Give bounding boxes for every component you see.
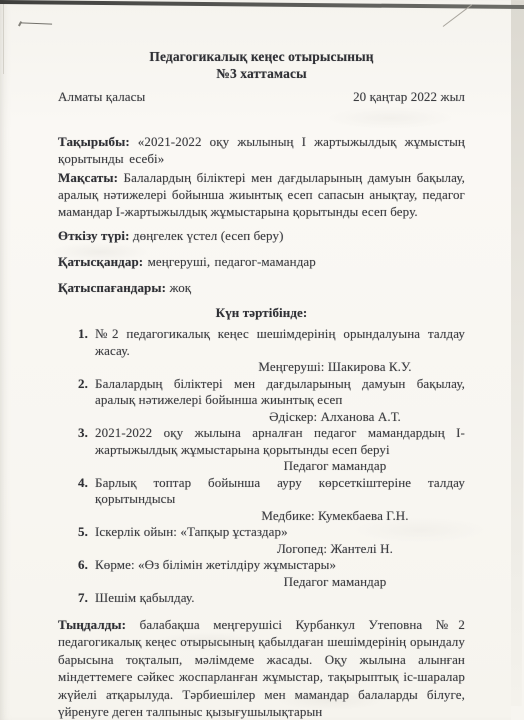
agenda-item-text: 2021-2022 оқу жылына арналған педагог ма… xyxy=(95,425,465,458)
agenda-list: 1. №2 педагогикалық кеңес шешімдерінің о… xyxy=(58,326,465,607)
doc-title-line2: №3 хаттамасы xyxy=(58,65,465,82)
section-format-label: Өткізу түрі: xyxy=(58,228,130,243)
city-date-row: Алматы қаласы 20 қаңтар 2022 жыл xyxy=(58,88,465,105)
section-goal-text: Балалардың біліктері мен дағдыларының да… xyxy=(58,170,465,219)
agenda-item: 4. Барлық топтар бойынша ауру көрсеткішт… xyxy=(78,475,465,525)
city-label: Алматы қаласы xyxy=(58,88,145,105)
agenda-item-text: Балалардың біліктері мен дағдыларының да… xyxy=(95,376,465,409)
section-goal: Мақсаты: Балалардың біліктері мен дағдыл… xyxy=(58,169,465,220)
agenda-item-responsible: Әдіскер: Алханова А.Т. xyxy=(95,409,465,426)
agenda-item-responsible: Медбике: Кумекбаева Г.Н. xyxy=(95,508,465,525)
agenda-item-responsible: Меңгеруші: Шакирова К.У. xyxy=(95,359,465,376)
scanned-protocol-page: Педагогикалық кеңес отырысының №3 хаттам… xyxy=(0,0,524,720)
section-heard: Тыңдалды: балабақша меңгерушісі Курбанку… xyxy=(58,616,465,720)
section-attendees-label: Қатысқандар: xyxy=(58,254,143,269)
section-format: Өткізу түрі: дөңгелек үстел (есеп беру) xyxy=(58,227,465,244)
agenda-item-responsible: Логопед: Жантелі Н. xyxy=(95,541,465,558)
section-topic: Тақырыбы: «2021-2022 оқу жылының І жарты… xyxy=(58,133,465,167)
section-attendees-text: меңгеруші, педагог-мамандар xyxy=(148,254,316,269)
agenda-item-number: 7. xyxy=(78,590,95,607)
agenda-item-number: 4. xyxy=(78,475,95,525)
doc-title-line1: Педагогикалық кеңес отырысының xyxy=(58,48,465,65)
agenda-item: 3. 2021-2022 оқу жылына арналған педагог… xyxy=(78,425,465,475)
agenda-item: 2. Балалардың біліктері мен дағдыларының… xyxy=(78,376,465,426)
protocol-document: Педагогикалық кеңес отырысының №3 хаттам… xyxy=(58,48,465,720)
agenda-item: 1. №2 педагогикалық кеңес шешімдерінің о… xyxy=(78,326,465,376)
agenda-item: 7. Шешім қабылдау. xyxy=(78,590,465,607)
section-topic-label: Тақырыбы: xyxy=(58,134,130,149)
agenda-item-number: 3. xyxy=(78,425,95,475)
agenda-item-number: 1. xyxy=(78,326,95,376)
doc-title: Педагогикалық кеңес отырысының №3 хаттам… xyxy=(58,48,465,82)
section-absent-text: жоқ xyxy=(169,280,191,295)
agenda-item-text: Көрме: «Өз білімін жетілдіру жұмыстары» xyxy=(95,557,465,574)
agenda-heading: Күн тәртібінде: xyxy=(58,304,465,321)
agenda-item-responsible: Педагог мамандар xyxy=(95,574,465,591)
date-label: 20 қаңтар 2022 жыл xyxy=(353,88,465,105)
agenda-item-text: Іскерлік ойын: «Тапқыр ұстаздар» xyxy=(95,524,465,541)
agenda-item-responsible: Педагог мамандар xyxy=(95,458,465,475)
agenda-item-text: №2 педагогикалық кеңес шешімдерінің орын… xyxy=(95,326,465,359)
agenda-item-number: 5. xyxy=(78,524,95,557)
agenda-item: 6. Көрме: «Өз білімін жетілдіру жұмыстар… xyxy=(78,557,465,590)
section-heard-label: Тыңдалды: xyxy=(58,617,126,632)
paper-left-edge xyxy=(3,4,4,74)
section-absent-label: Қатыспағандары: xyxy=(58,280,166,295)
agenda-item-text: Шешім қабылдау. xyxy=(95,590,465,607)
agenda-item-number: 2. xyxy=(78,376,95,426)
section-format-text: дөңгелек үстел (есеп беру) xyxy=(133,228,284,243)
section-absent: Қатыспағандары: жоқ xyxy=(58,279,465,296)
paper-sheet: Педагогикалық кеңес отырысының №3 хаттам… xyxy=(0,0,511,720)
agenda-item: 5. Іскерлік ойын: «Тапқыр ұстаздар» Лого… xyxy=(78,524,465,557)
section-goal-label: Мақсаты: xyxy=(58,170,118,185)
agenda-item-text: Барлық топтар бойынша ауру көрсеткіштері… xyxy=(95,475,465,508)
agenda-item-number: 6. xyxy=(78,557,95,590)
section-attendees: Қатысқандар: меңгеруші, педагог-мамандар xyxy=(58,253,465,270)
